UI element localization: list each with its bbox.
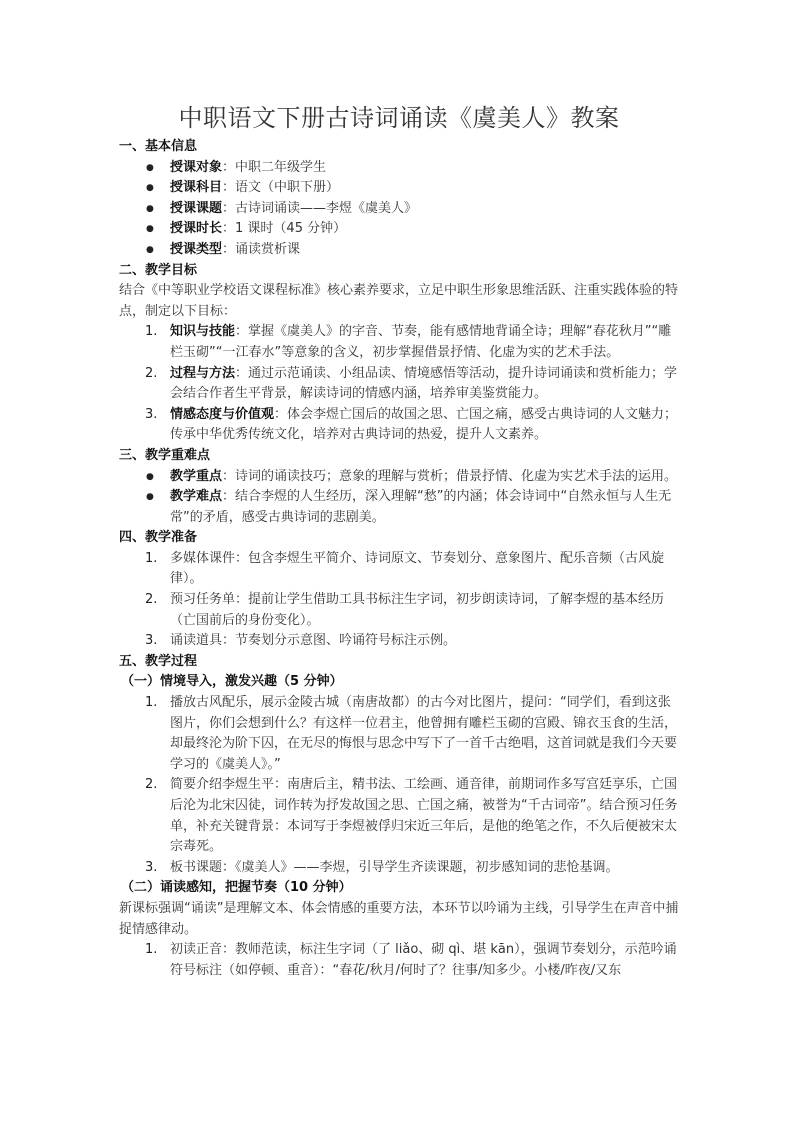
item-number: 1. (145, 322, 165, 343)
basic-info-list: ●授课对象：中职二年级学生 ●授课科目：语文（中职下册） ●授课课题：古诗词诵读… (119, 158, 679, 261)
item-text: 简要介绍李煜生平：南唐后主，精书法、工绘画、通音律，前期词作多写宫廷享乐，亡国后… (170, 777, 677, 854)
item-number: 3. (145, 405, 165, 426)
bullet-icon: ● (146, 467, 166, 488)
item-number: 2. (145, 364, 165, 385)
item-value: ：语文（中职下册） (222, 180, 339, 195)
item-label: 授课类型 (170, 242, 222, 257)
item-value: ：古诗词诵读——李煜《虞美人》 (222, 201, 417, 216)
bullet-icon: ● (146, 219, 166, 240)
list-item: ●授课科目：语文（中职下册） (119, 178, 679, 199)
process-part1-list: 1.播放古风配乐，展示金陵古城（南唐故都）的古今对比图片，提问：“同学们，看到这… (119, 693, 679, 878)
bullet-icon: ● (146, 487, 166, 508)
section-heading-teaching-goals: 二、教学目标 (119, 261, 679, 282)
list-item: 2.预习任务单：提前让学生借助工具书标注生字词，初步朗读诗词，了解李煜的基本经历… (119, 590, 679, 631)
process-part2-list: 1.初读正音：教师范读，标注生字词（了 liǎo、砌 qì、堪 kān），强调节… (119, 940, 679, 981)
item-value: ：中职二年级学生 (222, 160, 326, 175)
item-label: 知识与技能 (170, 324, 235, 339)
subsection-heading-intro: （一）情境导入，激发兴趣（5 分钟） (119, 672, 679, 693)
item-number: 3. (145, 631, 165, 652)
item-number: 2. (145, 775, 165, 796)
item-number: 2. (145, 590, 165, 611)
section-heading-teaching-process: 五、教学过程 (119, 652, 679, 673)
list-item: ●授课时长：1 课时（45 分钟） (119, 219, 679, 240)
document-title: 中职语文下册古诗词诵读《虞美人》教案 (119, 98, 679, 133)
bullet-icon: ● (146, 158, 166, 179)
list-item: 1.播放古风配乐，展示金陵古城（南唐故都）的古今对比图片，提问：“同学们，看到这… (119, 693, 679, 775)
bullet-icon: ● (146, 178, 166, 199)
preparation-list: 1.多媒体课件：包含李煜生平简介、诗词原文、节奏划分、意象图片、配乐音频（古风旋… (119, 549, 679, 652)
list-item: ●授课课题：古诗词诵读——李煜《虞美人》 (119, 199, 679, 220)
section-heading-preparation: 四、教学准备 (119, 528, 679, 549)
list-item: 1.多媒体课件：包含李煜生平简介、诗词原文、节奏划分、意象图片、配乐音频（古风旋… (119, 549, 679, 590)
section-heading-key-points: 三、教学重难点 (119, 446, 679, 467)
item-text: 初读正音：教师范读，标注生字词（了 liǎo、砌 qì、堪 kān），强调节奏划… (170, 942, 677, 978)
item-value: ：通过示范诵读、小组品读、情境感悟等活动，提升诗词诵读和赏析能力；学会结合作者生… (170, 366, 677, 402)
section-intro: 新课标强调“诵读”是理解文本、体会情感的重要方法，本环节以吟诵为主线，引导学生在… (119, 899, 679, 940)
section-heading-basic-info: 一、基本信息 (119, 137, 679, 158)
item-value: ：诗词的诵读技巧；意象的理解与赏析；借景抒情、化虚为实艺术手法的运用。 (222, 469, 677, 484)
item-value: ：结合李煜的人生经历，深入理解“愁”的内涵；体会诗词中“自然永恒与人生无常”的矛… (170, 489, 671, 525)
item-value: ：诵读赏析课 (222, 242, 300, 257)
item-label: 教学难点 (170, 489, 222, 504)
list-item: 2.简要介绍李煜生平：南唐后主，精书法、工绘画、通音律，前期词作多写宫廷享乐，亡… (119, 775, 679, 857)
item-label: 授课课题 (170, 201, 222, 216)
subsection-heading-reading: （二）诵读感知，把握节奏（10 分钟） (119, 878, 679, 899)
goals-list: 1.知识与技能：掌握《虞美人》的字音、节奏，能有感情地背诵全诗；理解“春花秋月”… (119, 322, 679, 446)
list-item: ●授课类型：诵读赏析课 (119, 240, 679, 261)
item-number: 1. (145, 940, 165, 961)
document-body: 一、基本信息 ●授课对象：中职二年级学生 ●授课科目：语文（中职下册） ●授课课… (119, 137, 679, 981)
item-text: 诵读道具：节奏划分示意图、吟诵符号标注示例。 (170, 633, 456, 648)
item-label: 过程与方法 (170, 366, 235, 381)
item-label: 教学重点 (170, 469, 222, 484)
item-text: 播放古风配乐，展示金陵古城（南唐故都）的古今对比图片，提问：“同学们，看到这张图… (170, 695, 677, 772)
item-label: 情感态度与价值观 (170, 407, 274, 422)
item-number: 1. (145, 693, 165, 714)
list-item: 3.板书课题：《虞美人》——李煜，引导学生齐读课题，初步感知词的悲怆基调。 (119, 858, 679, 879)
item-number: 1. (145, 549, 165, 570)
item-label: 授课对象 (170, 160, 222, 175)
list-item: 2.过程与方法：通过示范诵读、小组品读、情境感悟等活动，提升诗词诵读和赏析能力；… (119, 364, 679, 405)
item-value: ：1 课时（45 分钟） (222, 221, 346, 236)
item-text: 多媒体课件：包含李煜生平简介、诗词原文、节奏划分、意象图片、配乐音频（古风旋律）… (170, 551, 664, 587)
list-item: ●教学难点：结合李煜的人生经历，深入理解“愁”的内涵；体会诗词中“自然永恒与人生… (119, 487, 679, 528)
list-item: 3.诵读道具：节奏划分示意图、吟诵符号标注示例。 (119, 631, 679, 652)
list-item: 3.情感态度与价值观：体会李煜亡国后的故国之思、亡国之痛，感受古典诗词的人文魅力… (119, 405, 679, 446)
item-text: 预习任务单：提前让学生借助工具书标注生字词，初步朗读诗词，了解李煜的基本经历（亡… (170, 592, 664, 628)
item-label: 授课时长 (170, 221, 222, 236)
list-item: ●授课对象：中职二年级学生 (119, 158, 679, 179)
item-value: ：掌握《虞美人》的字音、节奏，能有感情地背诵全诗；理解“春花秋月”“雕栏玉砌”“… (170, 324, 671, 360)
bullet-icon: ● (146, 240, 166, 261)
item-label: 授课科目 (170, 180, 222, 195)
key-points-list: ●教学重点：诗词的诵读技巧；意象的理解与赏析；借景抒情、化虚为实艺术手法的运用。… (119, 467, 679, 529)
item-text: 板书课题：《虞美人》——李煜，引导学生齐读课题，初步感知词的悲怆基调。 (170, 860, 619, 875)
list-item: 1.初读正音：教师范读，标注生字词（了 liǎo、砌 qì、堪 kān），强调节… (119, 940, 679, 981)
list-item: 1.知识与技能：掌握《虞美人》的字音、节奏，能有感情地背诵全诗；理解“春花秋月”… (119, 322, 679, 363)
item-number: 3. (145, 858, 165, 879)
list-item: ●教学重点：诗词的诵读技巧；意象的理解与赏析；借景抒情、化虚为实艺术手法的运用。 (119, 467, 679, 488)
section-intro: 结合《中等职业学校语文课程标准》核心素养要求，立足中职生形象思维活跃、注重实践体… (119, 281, 679, 322)
bullet-icon: ● (146, 199, 166, 220)
